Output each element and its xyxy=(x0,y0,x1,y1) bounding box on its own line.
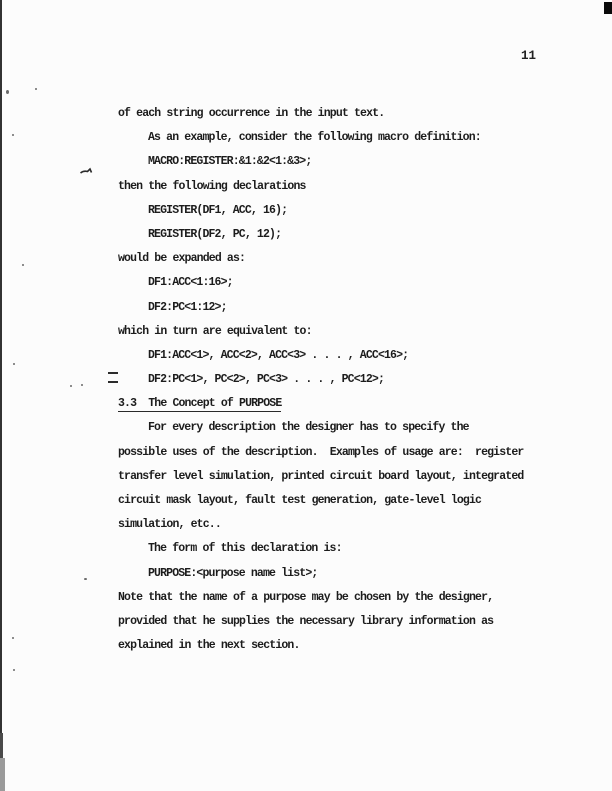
ink-speck xyxy=(84,578,87,580)
text-line: provided that he supplies the necessary … xyxy=(118,610,548,634)
pencil-squiggle-mark xyxy=(80,167,94,177)
text-line: circuit mask layout, fault test generati… xyxy=(118,489,548,513)
text-line: Note that the name of a purpose may be c… xyxy=(118,586,548,610)
page-number: 11 xyxy=(521,49,536,63)
scan-edge-strip-foot xyxy=(0,758,5,791)
text-line: transfer level simulation, printed circu… xyxy=(118,465,548,489)
text-line: DF1:ACC<1:16>; xyxy=(118,271,548,295)
scan-edge-strip xyxy=(0,0,2,791)
section-heading: 3.3 The Concept of PURPOSE xyxy=(118,392,548,416)
text-line: The form of this declaration is: xyxy=(118,537,548,561)
text-line: PURPOSE:<purpose name list>; xyxy=(118,562,548,586)
text-line: which in turn are equivalent to: xyxy=(118,320,548,344)
ink-speck xyxy=(35,88,37,90)
ink-speck xyxy=(81,384,83,386)
text-line: of each string occurrence in the input t… xyxy=(118,102,548,126)
pencil-equals-mark xyxy=(108,372,118,383)
text-line: MACRO:REGISTER:&1:&2<1:&3>; xyxy=(118,150,548,174)
text-block: of each string occurrence in the input t… xyxy=(118,102,548,658)
ink-speck xyxy=(70,385,72,387)
text-line: DF2:PC<1>, PC<2>, PC<3> . . . , PC<12>; xyxy=(118,368,548,392)
text-line: As an example, consider the following ma… xyxy=(118,126,548,150)
text-line: For every description the designer has t… xyxy=(118,416,548,440)
text-line: simulation, etc.. xyxy=(118,513,548,537)
text-line: REGISTER(DF1, ACC, 16); xyxy=(118,199,548,223)
ink-speck xyxy=(6,90,9,94)
ink-speck xyxy=(12,637,14,639)
scanned-document-page: 11 of each string occurrence in the inpu… xyxy=(0,0,612,791)
text-line: would be expanded as: xyxy=(118,247,548,271)
ink-speck xyxy=(13,669,15,671)
text-line: then the following declarations xyxy=(118,175,548,199)
text-line: DF2:PC<1:12>; xyxy=(118,296,548,320)
text-line: DF1:ACC<1>, ACC<2>, ACC<3> . . . , ACC<1… xyxy=(118,344,548,368)
registration-mark xyxy=(604,2,612,14)
ink-speck xyxy=(13,363,15,365)
text-line: explained in the next section. xyxy=(118,634,548,658)
text-line: REGISTER(DF2, PC, 12); xyxy=(118,223,548,247)
ink-speck xyxy=(12,134,14,136)
ink-speck xyxy=(22,264,24,266)
text-line: possible uses of the description. Exampl… xyxy=(118,441,548,465)
